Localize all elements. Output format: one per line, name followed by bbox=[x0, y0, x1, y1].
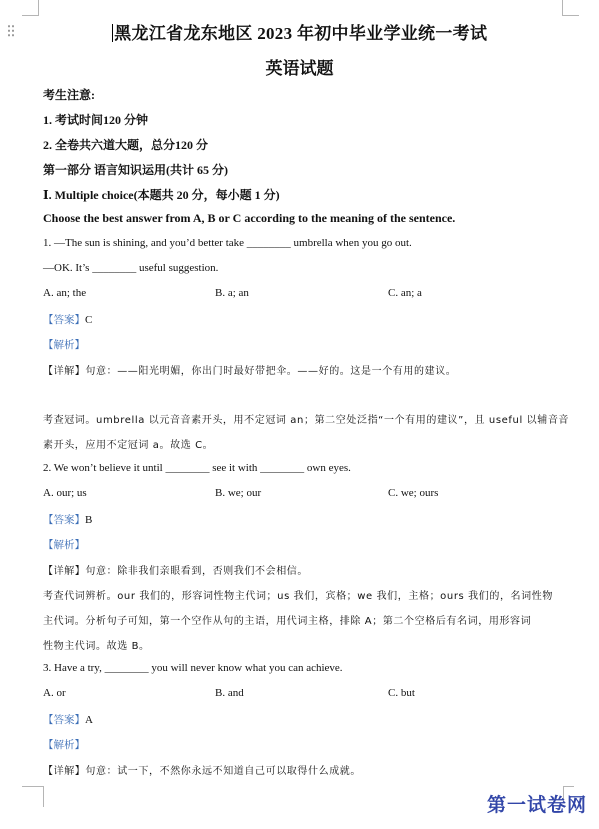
question-2-explanation: 考查代词辨析。our 我们的，形容词性物主代词；us 我们，宾格；we 我们，主… bbox=[43, 587, 553, 602]
question-3-option-b: B. and bbox=[215, 687, 244, 699]
page-corner-mark-top-left bbox=[22, 0, 39, 16]
question-1-analysis-label: 【解析】 bbox=[43, 337, 85, 352]
question-3-stem: 3. Have a try, ________ you will never k… bbox=[43, 662, 343, 674]
question-1-option-b: B. a; an bbox=[215, 287, 249, 299]
question-1-detail: 【详解】句意：——阳光明媚，你出门时最好带把伞。——好的。这是一个有用的建议。 bbox=[43, 362, 456, 377]
question-1-answer: 【答案】C bbox=[43, 312, 92, 327]
question-2-stem: 2. We won’t believe it until ________ se… bbox=[43, 462, 351, 474]
question-2-option-c: C. we; ours bbox=[388, 487, 438, 499]
question-2-option-a: A. our; us bbox=[43, 487, 87, 499]
answer-label: 【答案】 bbox=[43, 714, 85, 726]
notice-item: 1. 考试时间120 分钟 bbox=[43, 111, 148, 128]
page-corner-mark-top-right bbox=[562, 0, 579, 16]
question-2-explanation: 性物主代词。故选 B。 bbox=[43, 637, 150, 652]
notice-heading: 考生注意: bbox=[43, 86, 95, 103]
watermark-logo: 第一试卷网 bbox=[487, 790, 587, 817]
question-1-stem: 1. —The sun is shining, and you’d better… bbox=[43, 237, 412, 249]
document-subtitle: 英语试题 bbox=[0, 54, 599, 79]
question-3-detail: 【详解】句意：试一下，不然你永远不知道自己可以取得什么成就。 bbox=[43, 762, 361, 777]
page-corner-mark-bottom-left bbox=[22, 786, 44, 807]
answer-label: 【答案】 bbox=[43, 314, 85, 326]
instruction: Choose the best answer from A, B or C ac… bbox=[43, 211, 455, 226]
section-heading: Ⅰ. Multiple choice(本题共 20 分，每小题 1 分) bbox=[43, 186, 280, 203]
question-1-option-c: C. an; a bbox=[388, 287, 422, 299]
question-3-analysis-label: 【解析】 bbox=[43, 737, 85, 752]
answer-label: 【答案】 bbox=[43, 514, 85, 526]
question-1-option-a: A. an; the bbox=[43, 287, 86, 299]
question-1-explanation: 素开头，应用不定冠词 a。故选 C。 bbox=[43, 436, 213, 451]
question-2-explanation: 主代词。分析句子可知，第一个空作从句的主语，用代词主格，排除 A；第二个空格后有… bbox=[43, 612, 531, 627]
question-3-option-c: C. but bbox=[388, 687, 415, 699]
question-2-analysis-label: 【解析】 bbox=[43, 537, 85, 552]
question-2-detail: 【详解】句意：除非我们亲眼看到，否则我们不会相信。 bbox=[43, 562, 308, 577]
part-heading: 第一部分 语言知识运用(共计 65 分) bbox=[43, 161, 228, 178]
question-1-explanation: 考查冠词。umbrella 以元音音素开头，用不定冠词 an；第二空处泛指“一个… bbox=[43, 411, 569, 426]
question-2-answer: 【答案】B bbox=[43, 512, 92, 527]
notice-item: 2. 全卷共六道大题，总分120 分 bbox=[43, 136, 208, 153]
document-title[interactable]: 黑龙江省龙东地区 2023 年初中毕业学业统一考试 bbox=[0, 19, 599, 44]
question-1-stem: —OK. It’s ________ useful suggestion. bbox=[43, 262, 218, 274]
question-3-answer: 【答案】A bbox=[43, 712, 93, 727]
question-2-option-b: B. we; our bbox=[215, 487, 261, 499]
question-3-option-a: A. or bbox=[43, 687, 66, 699]
